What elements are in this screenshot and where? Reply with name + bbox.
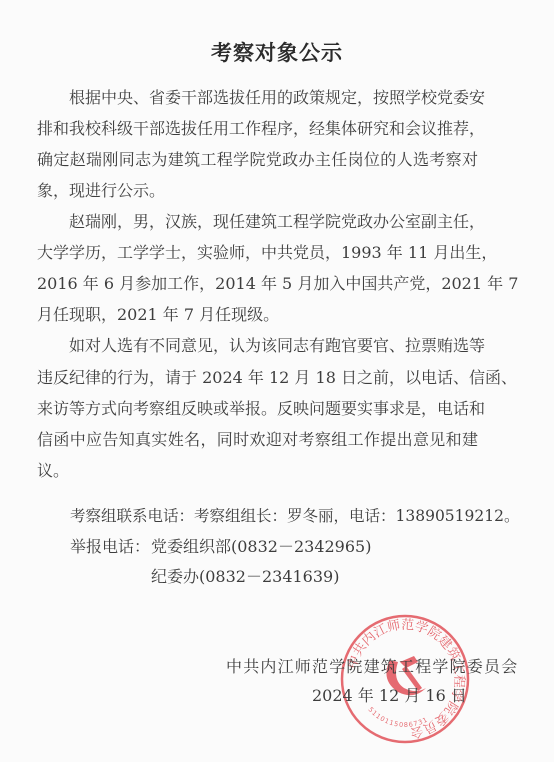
paragraph-2-line-1: 赵瑞刚，男，汉族，现任建筑工程学院党政办公室副主任， xyxy=(37,212,478,232)
paragraph-2-line-2: 大学学历，工学学士，实验师，中共党员，1993 年 11 月出生， xyxy=(37,243,478,263)
paragraph-3-line-1: 如对人选有不同意见，认为该同志有跑官要官、拉票贿选等 xyxy=(37,336,478,356)
paragraph-3-line-4: 信函中应告知真实姓名，同时欢迎对考察组工作提出意见和建 xyxy=(37,430,478,450)
paragraph-2-line-3: 2016 年 6 月参加工作，2014 年 5 月加入中国共产党，2021 年 … xyxy=(37,274,478,294)
paragraph-1-line-4: 象，现进行公示。 xyxy=(37,181,478,201)
report-phone-organization-dept: 党委组织部(0832－2342965) xyxy=(151,537,371,557)
liaison-contact: 考察组联系电话：考察组组长：罗冬丽，电话：13890519212。 xyxy=(70,506,519,526)
official-seal-icon: 中共内江师范学院建筑工程学院委员会 5110115086731 xyxy=(338,612,472,746)
svg-text:5110115086731: 5110115086731 xyxy=(366,706,429,729)
paragraph-3-line-5: 议。 xyxy=(37,461,478,481)
paragraph-3-line-2: 违反纪律的行为，请于 2024 年 12 月 18 日之前，以电话、信函、 xyxy=(37,368,478,388)
page-title: 考察对象公示 xyxy=(0,37,554,67)
report-label: 举报电话： xyxy=(70,537,150,557)
paragraph-1-line-1: 根据中央、省委干部选拔任用的政策规定，按照学校党委安 xyxy=(37,88,478,108)
paragraph-2-line-4: 月任现职，2021 年 7 月任现级。 xyxy=(37,305,478,325)
issuing-organization: 中共内江师范学院建筑工程学院委员会 xyxy=(226,657,518,677)
paragraph-3-line-3: 来访等方式向考察组反映或举报。反映问题要实事求是，电话和 xyxy=(37,399,478,419)
paragraph-1-line-3: 确定赵瑞刚同志为建筑工程学院党政办主任岗位的人选考察对 xyxy=(37,150,478,170)
report-phone-discipline-office: 纪委办(0832－2341639) xyxy=(151,567,339,587)
paragraph-1-line-2: 排和我校科级干部选拔任用工作程序，经集体研究和会议推荐， xyxy=(37,119,478,139)
issue-date: 2024 年 12 月 16 日 xyxy=(312,686,467,706)
